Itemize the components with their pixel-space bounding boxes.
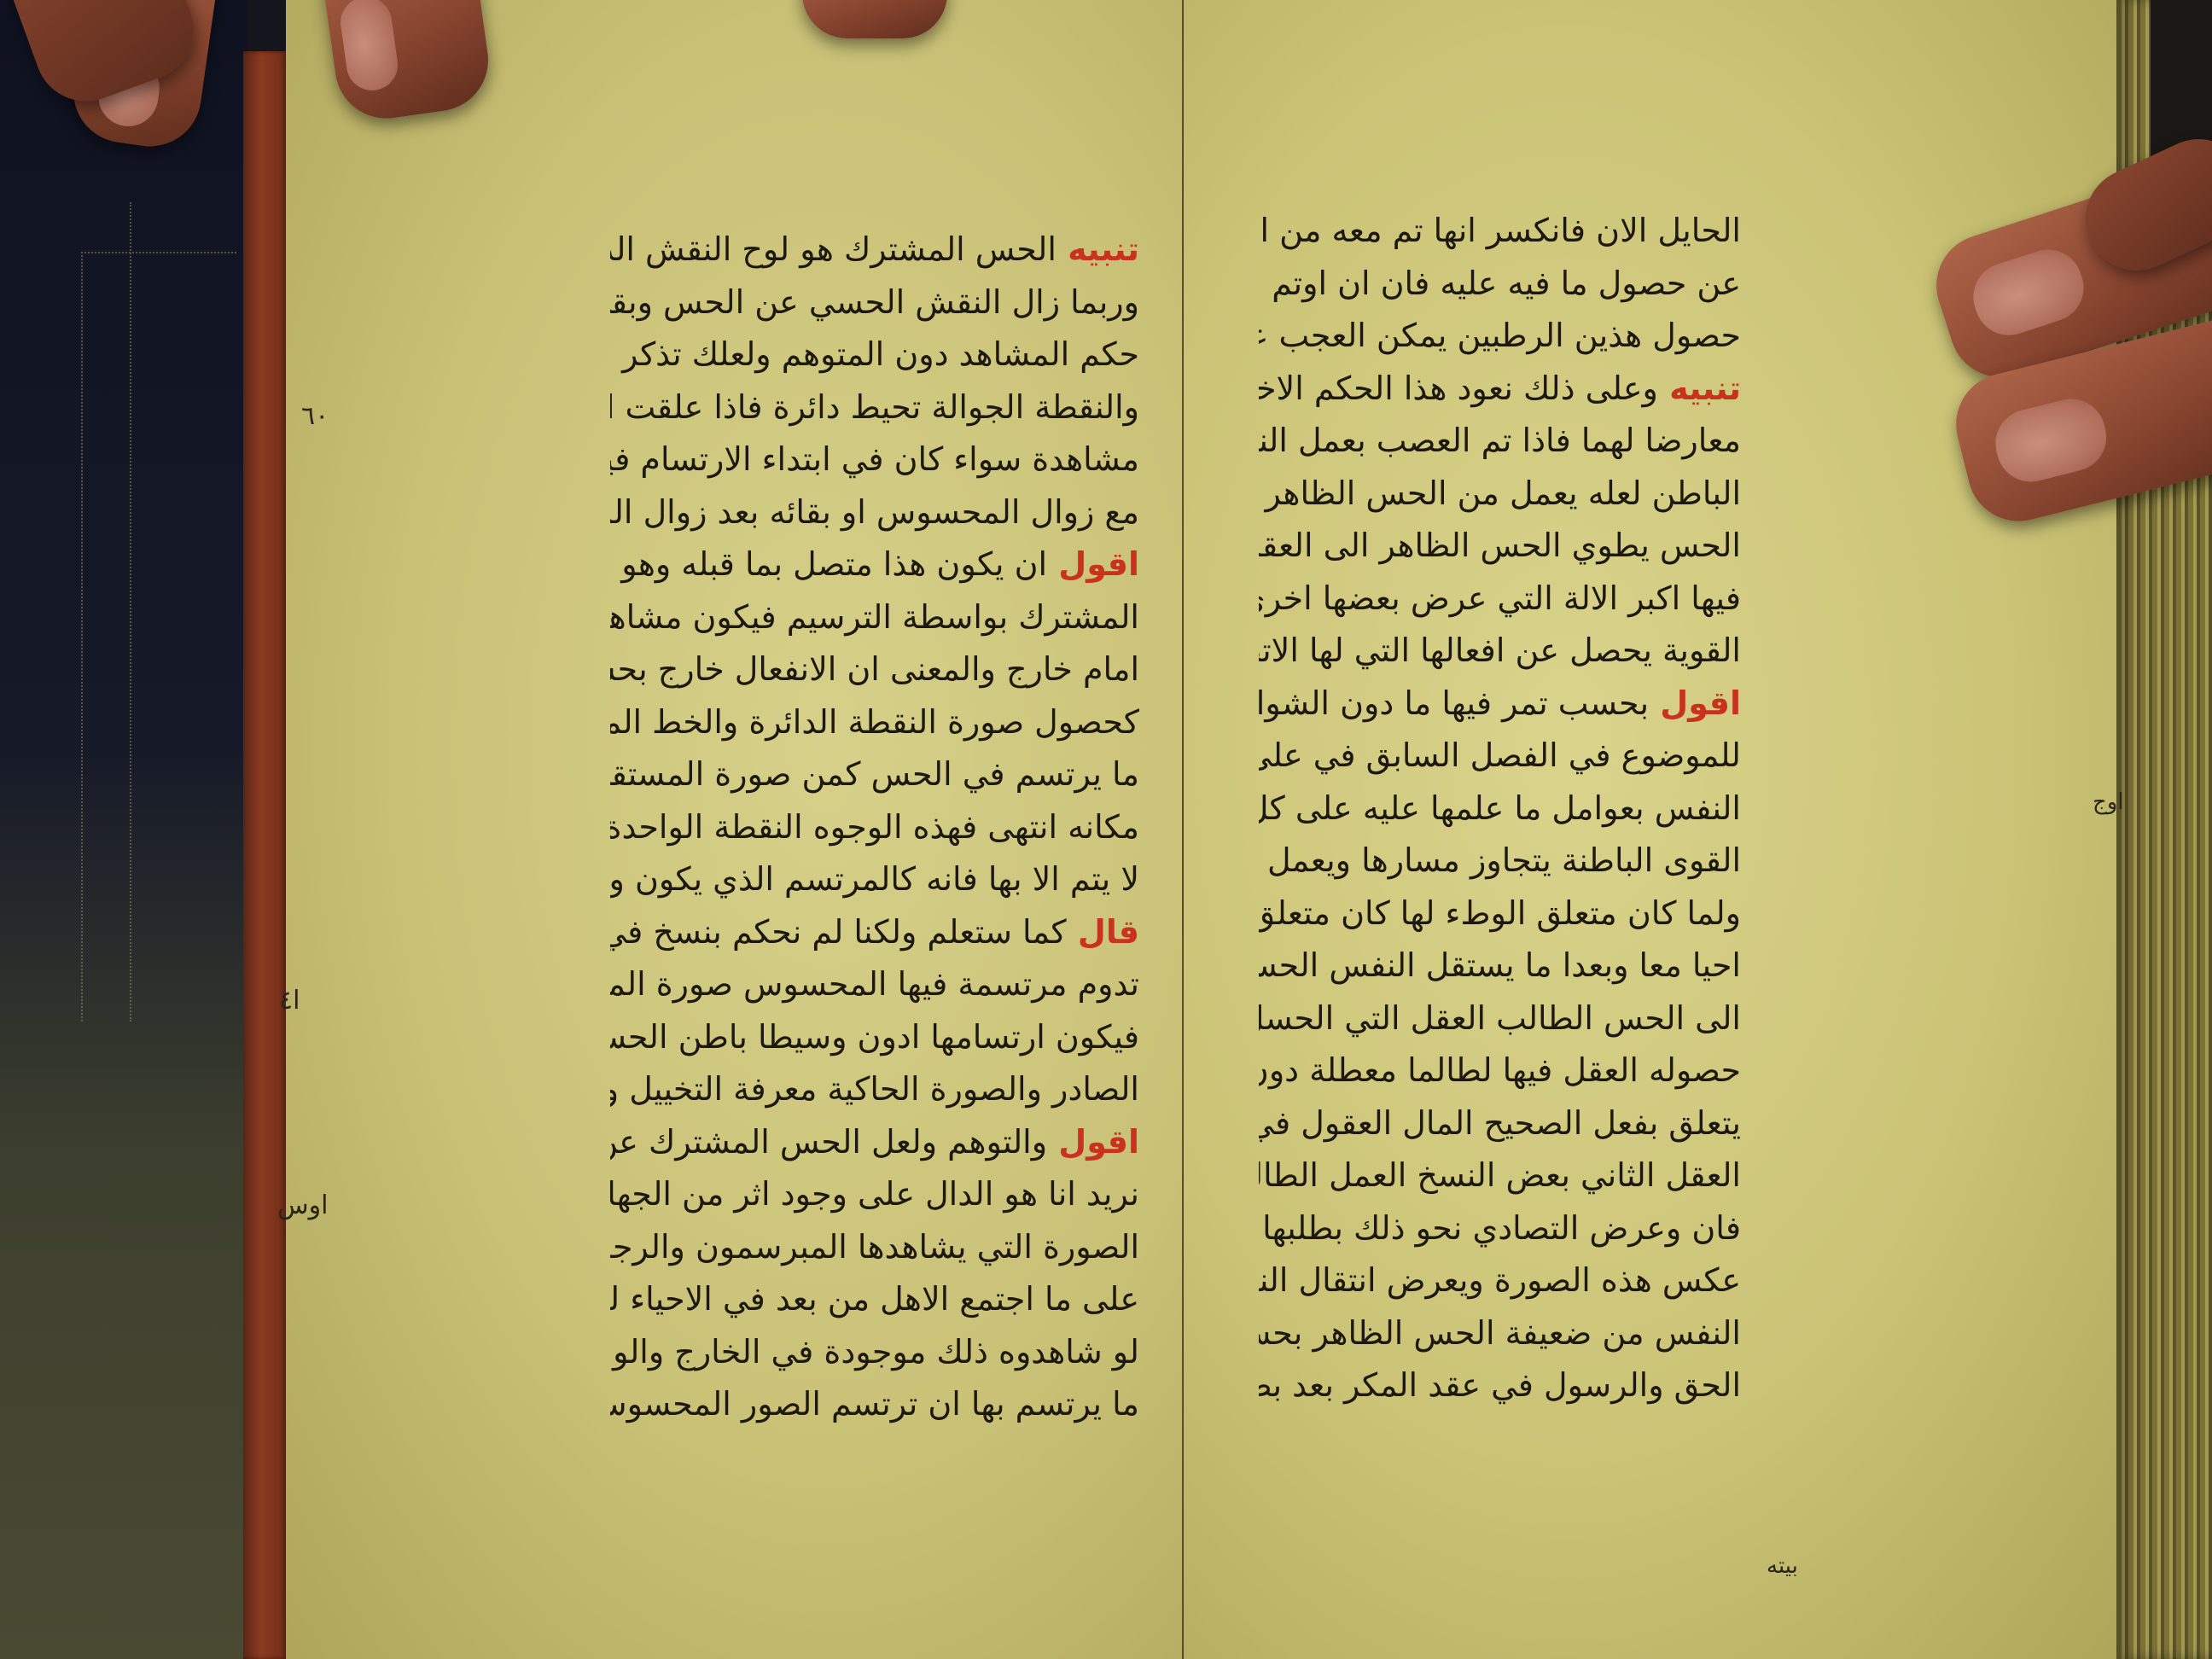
backdrop-pattern xyxy=(81,252,236,1022)
line-text: والتوهم ولعل الحس المشترك عن ما المدرك م… xyxy=(610,1123,1047,1161)
left-text-block: تنبيه الحس المشترك هو لوح النقش الذي اذا… xyxy=(610,224,1139,1487)
right-margin-note: اوج xyxy=(2093,789,2124,815)
manuscript-line: فيكون ارتسامها ادون وسيطا باطن الحس المش… xyxy=(610,1011,1139,1064)
rubric-heading: قال xyxy=(1067,913,1139,951)
manuscript-line: معارضا لهما فاذا تم العصب بعمل النفس عن … xyxy=(1259,415,1741,468)
manuscript-line: الحايل الان فانكسر انها تم معه من الرطب … xyxy=(1259,205,1741,258)
manuscript-line: عن حصول ما فيه عليه فان ان اوتم العصب في… xyxy=(1259,258,1741,311)
line-text: والنقطة الجوالة تحيط دائرة فاذا علقت الص… xyxy=(610,388,1139,426)
line-text: الحس المشترك هو لوح النقش الذي اذا تمكن … xyxy=(610,230,1057,268)
line-text: عكس هذه الصورة ويعرض انتقال النفس المحسو… xyxy=(1259,1261,1741,1299)
line-text: الحايل الان فانكسر انها تم معه من الرطب … xyxy=(1259,212,1741,249)
line-text: القوية يحصل عن افعالها التي لها الاتصال … xyxy=(1259,632,1741,669)
line-text: وربما زال النقش الحسي عن الحس وبقي صورته… xyxy=(610,283,1139,321)
rubric-heading: اقول xyxy=(1047,1123,1139,1161)
line-text: على ما اجتمع الاهل من بعد في الاحياء ليس… xyxy=(610,1280,1139,1318)
manuscript-line: امام خارج والمعنى ان الانفعال خارج بحسب … xyxy=(610,643,1139,696)
line-text: يتعلق بفعل الصحيح المال العقول في حركة ا… xyxy=(1259,1104,1741,1142)
manuscript-line: مشاهدة سواء كان في ابتداء الارتسام فيه م… xyxy=(610,434,1139,486)
manuscript-line: حصوله العقل فيها لطالما معطلة دون تكتب ح… xyxy=(1259,1045,1741,1097)
manuscript-line: ما يرتسم في الحس كمن صورة المستقبل لحركت… xyxy=(610,748,1139,801)
line-text: الباطن لعله يعمل من الحس الظاهر فكاد لا … xyxy=(1259,474,1741,512)
line-text: تدوم مرتسمة فيها المحسوس صورة المحسوس ظا… xyxy=(610,965,1139,1003)
manuscript-line: الحس يطوي الحس الظاهر الى العقل الفعال و… xyxy=(1259,520,1741,573)
line-text: ما يرتسم في الحس كمن صورة المستقبل لحركت… xyxy=(610,755,1139,793)
manuscript-line: القوى الباطنة يتجاوز مسارها ويعمل العصب … xyxy=(1259,835,1741,888)
manuscript-line: والنقطة الجوالة تحيط دائرة فاذا علقت الص… xyxy=(610,381,1139,434)
manuscript-line: الباطن لعله يعمل من الحس الظاهر فكاد لا … xyxy=(1259,468,1741,521)
bottom-note: بيته xyxy=(1767,1553,1798,1579)
line-text: لو شاهدوه ذلك موجودة في الخارج والوشاهده… xyxy=(610,1333,1139,1371)
manuscript-line: احيا معا وبعدا ما يستقل النفس الحسي الظا… xyxy=(1259,940,1741,992)
manuscript-line: عكس هذه الصورة ويعرض انتقال النفس المحسو… xyxy=(1259,1254,1741,1307)
line-text: كما ستعلم ولكنا لم نحكم بنسخ في هذا الفص… xyxy=(610,913,1067,951)
manuscript-line: كحصول صورة النقطة الدائرة والخط المستقيم… xyxy=(610,696,1139,749)
manuscript-line: تنبيه وعلى ذلك نعود هذا الحكم الاخر في ع… xyxy=(1259,363,1741,416)
manuscript-line: تنبيه الحس المشترك هو لوح النقش الذي اذا… xyxy=(610,224,1139,276)
line-text: فان وعرض التصادي نحو ذلك بطلبها على ما ا… xyxy=(1259,1209,1741,1247)
manuscript-line: مع زوال المحسوس او بقائه بعد زوال المحسو… xyxy=(610,486,1139,539)
manuscript-line: يتعلق بفعل الصحيح المال العقول في حركة ا… xyxy=(1259,1097,1741,1150)
manuscript-line: نريد انا هو الدال على وجود اثر من الجهات… xyxy=(610,1168,1139,1221)
line-text: الحس يطوي الحس الظاهر الى العقل الفعال و… xyxy=(1259,527,1741,564)
margin-note: ٦٠ xyxy=(301,401,329,431)
line-text: نريد انا هو الدال على وجود اثر من الجهات… xyxy=(610,1175,1139,1213)
line-text: معارضا لهما فاذا تم العصب بعمل النفس عن … xyxy=(1259,422,1741,459)
manuscript-line: حكم المشاهد دون المتوهم ولعلك تذكر ما قي… xyxy=(610,329,1139,381)
manuscript-line: النفس من ضعيفة الحس الظاهر بحسب تعود كما… xyxy=(1259,1307,1741,1360)
manuscript-line: ما يرتسم بها ان ترتسم الصور المحسوسة فيه… xyxy=(610,1378,1139,1431)
line-text: حصول هذين الرطبين يمكن العجب عن هذين الر… xyxy=(1259,317,1741,354)
line-text: ان يكون هذا متصل بما قبله وهو ذكر ما يقع… xyxy=(610,545,1047,583)
manuscript-line: على ما اجتمع الاهل من بعد في الاحياء ليس… xyxy=(610,1273,1139,1326)
manuscript-line: الصادر والصورة الحاكية معرفة التخييل وال… xyxy=(610,1063,1139,1116)
manuscript-line: لو شاهدوه ذلك موجودة في الخارج والوشاهده… xyxy=(610,1326,1139,1379)
line-text: مع زوال المحسوس او بقائه بعد زوال المحسو… xyxy=(610,493,1139,531)
line-text: امام خارج والمعنى ان الانفعال خارج بحسب … xyxy=(610,650,1139,688)
manuscript-line: تدوم مرتسمة فيها المحسوس صورة المحسوس ظا… xyxy=(610,958,1139,1011)
margin-note: ا٤ xyxy=(279,986,300,1016)
rubric-heading: اقول xyxy=(1047,545,1139,583)
line-text: الصادر والصورة الحاكية معرفة التخييل وال… xyxy=(610,1070,1139,1108)
manuscript-line: الحق والرسول في عقد المكر بعد بطن اليقين… xyxy=(1259,1359,1741,1412)
line-text: القوى الباطنة يتجاوز مسارها ويعمل العصب … xyxy=(1259,841,1741,879)
fingernail xyxy=(1988,392,2114,489)
line-text: ولما كان متعلق الوطء لها كان متعلق بالعق… xyxy=(1259,894,1741,932)
line-text: المشترك بواسطة الترسيم فيكون مشاهدا ما ل… xyxy=(610,598,1139,636)
line-text: الى الحس الطالب العقل التي الحسل الفكرية… xyxy=(1259,999,1741,1037)
manuscript-line: الى الحس الطالب العقل التي الحسل الفكرية… xyxy=(1259,992,1741,1045)
manuscript-line: اقول والتوهم ولعل الحس المشترك عن ما الم… xyxy=(610,1116,1139,1169)
manuscript-line: ولما كان متعلق الوطء لها كان متعلق بالعق… xyxy=(1259,888,1741,940)
line-text: الصورة التي يشاهدها المبرسمون والرجل منه… xyxy=(610,1228,1139,1266)
fingernail xyxy=(1965,241,2093,344)
manuscript-line: وربما زال النقش الحسي عن الحس وبقي صورته… xyxy=(610,276,1139,329)
dark-backdrop xyxy=(0,0,247,1659)
line-text: بحسب تمر فيها ما دون الشواغل لطالما لم ي… xyxy=(1259,684,1649,722)
line-text: احيا معا وبعدا ما يستقل النفس الحسي الظا… xyxy=(1259,946,1741,984)
leather-cover-edge xyxy=(243,51,288,1659)
manuscript-line: المشترك بواسطة الترسيم فيكون مشاهدا ما ل… xyxy=(610,591,1139,644)
manuscript-line: القوية يحصل عن افعالها التي لها الاتصال … xyxy=(1259,625,1741,678)
manuscript-line: اقول بحسب تمر فيها ما دون الشواغل لطالما… xyxy=(1259,678,1741,731)
line-text: العقل الثاني بعض النسخ العمل الطالب العا… xyxy=(1259,1156,1741,1194)
line-text: ما يرتسم بها ان ترتسم الصور المحسوسة فيه… xyxy=(610,1385,1139,1423)
line-text: فيها اكبر الالة التي عرض بعضها اخرى وهو … xyxy=(1259,579,1741,617)
manuscript-line: النفس بعوامل ما علمها عليه على كل حال يح… xyxy=(1259,783,1741,835)
manuscript-line: للموضوع في الفصل السابق في على مقومات ما… xyxy=(1259,730,1741,783)
manuscript-line: حصول هذين الرطبين يمكن العجب عن هذين الر… xyxy=(1259,310,1741,363)
line-text: النفس بعوامل ما علمها عليه على كل حال يح… xyxy=(1259,789,1741,827)
line-text: مشاهدة سواء كان في ابتداء الارتسام فيه م… xyxy=(610,440,1139,478)
line-text: للموضوع في الفصل السابق في على مقومات ما… xyxy=(1259,736,1741,774)
line-text: حكم المشاهد دون المتوهم ولعلك تذكر ما قي… xyxy=(610,335,1139,373)
line-text: الحق والرسول في عقد المكر بعد بطن اليقين… xyxy=(1259,1366,1741,1404)
line-text: فيكون ارتسامها ادون وسيطا باطن الحس المش… xyxy=(610,1018,1139,1056)
line-text: عن حصول ما فيه عليه فان ان اوتم العصب في… xyxy=(1259,265,1741,302)
manuscript-line: لا يتم الا بها فانه كالمرتسم الذي يكون و… xyxy=(610,853,1139,906)
fingernail xyxy=(337,0,401,94)
line-text: النفس من ضعيفة الحس الظاهر بحسب تعود كما… xyxy=(1259,1314,1741,1352)
rubric-heading: تنبيه xyxy=(1057,230,1139,268)
manuscript-line: الصورة التي يشاهدها المبرسمون والرجل منه… xyxy=(610,1221,1139,1274)
manuscript-line: قال كما ستعلم ولكنا لم نحكم بنسخ في هذا … xyxy=(610,906,1139,959)
manuscript-line: اقول ان يكون هذا متصل بما قبله وهو ذكر م… xyxy=(610,538,1139,591)
line-text: لا يتم الا بها فانه كالمرتسم الذي يكون و… xyxy=(610,860,1139,898)
rubric-heading: اقول xyxy=(1649,684,1741,722)
right-text-block: الحايل الان فانكسر انها تم معه من الرطب … xyxy=(1259,205,1741,1468)
line-text: وعلى ذلك نعود هذا الحكم الاخر في عدم حصو… xyxy=(1259,370,1658,407)
manuscript-line: فان وعرض التصادي نحو ذلك بطلبها على ما ا… xyxy=(1259,1202,1741,1255)
line-text: حصوله العقل فيها لطالما معطلة دون تكتب ح… xyxy=(1259,1051,1741,1089)
margin-note: اوس xyxy=(277,1190,328,1220)
manuscript-line: مكانه انتهى فهذه الوجوه النقطة الواحدة ف… xyxy=(610,801,1139,854)
manuscript-line: فيها اكبر الالة التي عرض بعضها اخرى وهو … xyxy=(1259,573,1741,626)
line-text: كحصول صورة النقطة الدائرة والخط المستقيم… xyxy=(610,703,1139,741)
manuscript-line: العقل الثاني بعض النسخ العمل الطالب العا… xyxy=(1259,1150,1741,1202)
line-text: مكانه انتهى فهذه الوجوه النقطة الواحدة ف… xyxy=(610,808,1139,846)
rubric-heading: تنبيه xyxy=(1658,370,1741,407)
